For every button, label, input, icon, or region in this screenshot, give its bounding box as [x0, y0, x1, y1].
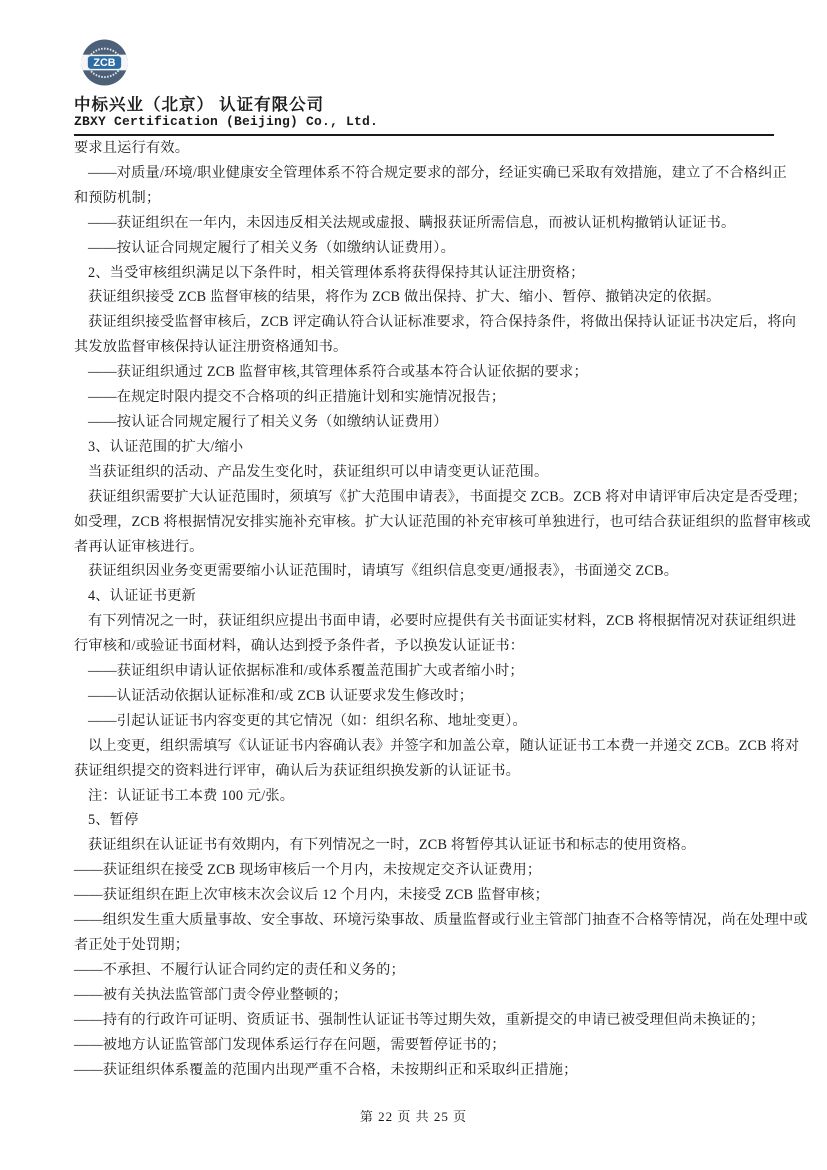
body-line: 注：认证证书工本费 100 元/张。 — [74, 784, 774, 809]
body-line: ——被有关执法监管部门责令停业整顿的； — [74, 983, 774, 1008]
body-line: ——获证组织在一年内，未因违反相关法规或虚报、瞒报获证所需信息，而被认证机构撤销… — [74, 211, 774, 236]
body-line: 获证组织提交的资料进行评审，确认后为获证组织换发新的认证证书。 — [74, 759, 774, 784]
body-line: ——按认证合同规定履行了相关义务（如缴纳认证费用） — [74, 410, 774, 435]
body-line: ——认证活动依据认证标准和/或 ZCB 认证要求发生修改时； — [74, 684, 774, 709]
page-number: 第 22 页 共 25 页 — [360, 1109, 467, 1124]
body-line: 获证组织接受监督审核后，ZCB 评定确认符合认证标准要求，符合保持条件，将做出保… — [74, 310, 774, 335]
body-line: 其发放监督审核保持认证注册资格通知书。 — [74, 335, 774, 360]
body-line: ——被地方认证监管部门发现体系运行存在问题，需要暂停证书的； — [74, 1033, 774, 1058]
body-line: 5、暂停 — [74, 808, 774, 833]
zcb-logo-text: ZCB — [93, 57, 115, 69]
body-line: ——获证组织在接受 ZCB 现场审核后一个月内，未按规定交齐认证费用； — [74, 858, 774, 883]
body-line: ——持有的行政许可证明、资质证书、强制性认证证书等过期失效，重新提交的申请已被受… — [74, 1008, 774, 1033]
body-line: 2、当受审核组织满足以下条件时，相关管理体系将获得保持其认证注册资格； — [74, 261, 774, 286]
body-line: 获证组织因业务变更需要缩小认证范围时，请填写《组织信息变更/通报表》，书面递交 … — [74, 559, 774, 584]
body-line: ——获证组织申请认证依据标准和/或体系覆盖范围扩大或者缩小时； — [74, 659, 774, 684]
body-line: 以上变更，组织需填写《认证证书内容确认表》并签字和加盖公章，随认证证书工本费一并… — [74, 734, 774, 759]
company-name-en: ZBXY Certification (Beijing) Co., Ltd. — [74, 114, 378, 129]
body-line: ——组织发生重大质量事故、安全事故、环境污染事故、质量监督或行业主管部门抽查不合… — [74, 908, 774, 933]
body-line: 要求且运行有效。 — [74, 136, 774, 161]
body-line: 和预防机制； — [74, 186, 774, 211]
body-line: 获证组织需要扩大认证范围时，须填写《扩大范围申请表》，书面提交 ZCB。ZCB … — [74, 485, 774, 510]
body-line: ——获证组织体系覆盖的范围内出现严重不合格，未按期纠正和采取纠正措施； — [74, 1058, 774, 1083]
body-line: 有下列情况之一时，获证组织应提出书面申请，必要时应提供有关书面证实材料，ZCB … — [74, 609, 774, 634]
body-line: ——不承担、不履行认证合同约定的责任和义务的； — [74, 958, 774, 983]
body-line: 者正处于处罚期； — [74, 933, 774, 958]
body-line: ——在规定时限内提交不合格项的纠正措施计划和实施情况报告； — [74, 385, 774, 410]
body-line: ——按认证合同规定履行了相关义务（如缴纳认证费用）。 — [74, 236, 774, 261]
body-line: 获证组织接受 ZCB 监督审核的结果，将作为 ZCB 做出保持、扩大、缩小、暂停… — [74, 285, 774, 310]
body-line: 4、认证证书更新 — [74, 584, 774, 609]
body-line: ——获证组织在距上次审核末次会议后 12 个月内，未接受 ZCB 监督审核； — [74, 883, 774, 908]
body-line: ——获证组织通过 ZCB 监督审核,其管理体系符合或基本符合认证依据的要求； — [74, 360, 774, 385]
document-body: 要求且运行有效。——对质量/环境/职业健康安全管理体系不符合规定要求的部分，经证… — [74, 136, 774, 1082]
zcb-logo: ZCB — [81, 39, 128, 86]
body-line: 获证组织在认证证书有效期内，有下列情况之一时，ZCB 将暂停其认证证书和标志的使… — [74, 833, 774, 858]
body-line: 者再认证审核进行。 — [74, 535, 774, 560]
body-line: 行审核和/或验证书面材料，确认达到授予条件者，予以换发认证证书： — [74, 634, 774, 659]
body-line: ——对质量/环境/职业健康安全管理体系不符合规定要求的部分，经证实确已采取有效措… — [74, 161, 774, 186]
document-footer: 第 22 页 共 25 页 — [0, 1106, 827, 1125]
zcb-logo-icon: ZCB — [81, 39, 128, 86]
body-line: 如受理，ZCB 将根据情况安排实施补充审核。扩大认证范围的补充审核可单独进行，也… — [74, 510, 774, 535]
body-line: 当获证组织的活动、产品发生变化时，获证组织可以申请变更认证范围。 — [74, 460, 774, 485]
body-line: 3、认证范围的扩大/缩小 — [74, 435, 774, 460]
company-name-cn: 中标兴业（北京） 认证有限公司 — [74, 91, 324, 115]
body-line: ——引起认证证书内容变更的其它情况（如：组织名称、地址变更）。 — [74, 709, 774, 734]
document-page: ZCB 中标兴业（北京） 认证有限公司 ZBXY Certification (… — [0, 0, 827, 1170]
